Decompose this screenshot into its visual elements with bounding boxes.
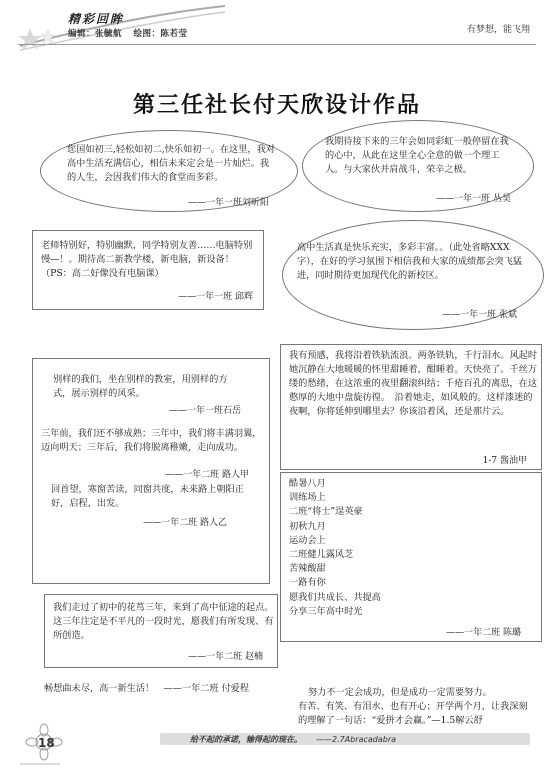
poem-line: 初秋九月 [289,520,381,534]
poem-line: 苦辣酸甜 [289,562,381,576]
credits: 编辑：张毓航 绘图：陈若莹 [68,27,196,39]
entry-liu-xinyang: 您国如初三,轻松如初二,快乐如初一。在这里，我对高中生活充满信心，相信未来定会是… [40,130,298,212]
entry-text: 老师特别好，特别幽默，同学特别友善……电脑特别慢—！。期待高二新教学楼，新电脑，… [41,239,259,281]
entry-text-shi-yue: 别样的我们，坐在别样的教室，用别样的方式，展示别样的风采。 [53,373,243,401]
illustrator-credit: 绘图：陈若莹 [133,29,187,39]
poem-line: 酷暑八月 [289,477,381,491]
entry-signature: ——一年一班石岳 [169,403,241,416]
entry-xie-yunshu: 努力不一定会成功，但是成功一定需要努力。 有苦、有笑、有泪水、也有开心；开学两个… [298,686,534,728]
entry-text: 高中生活真是快乐充实，多彩丰富。。（此处省略XXX字），在好的学习氛围下相信我和… [297,241,529,283]
page-title: 第三任社长付天欣设计作品 [0,88,554,119]
header-slogan: 有梦想，能飞翔 [467,22,530,35]
entry-signature: ——一年二班 赵楠 [188,649,263,662]
entry-signature: ——一年二班 路人乙 [143,515,227,528]
poem-line: 愿我们共成长、共提高 [289,591,381,605]
entry-signature: 1-7 酱油甲 [483,453,527,466]
poem-lines: 酷暑八月 训练场上 二班“将士”逞英豪 初秋九月 运动会上 二班健儿露风芝 苦辣… [289,477,381,619]
entry-signature: ——一年二班 路人甲 [165,467,249,480]
entry-cong-hao: 我期待接下来的三年会如同彩虹一般停留在我的心中，从此在这里全心全意的做一个理工人… [302,120,534,212]
page-number-badge: 18 [16,720,64,768]
entry-signature: ——一年一班 丛昊 [436,191,511,204]
poem-line: 一路有你 [289,576,381,590]
entry-chen-lu-poem: 酷暑八月 训练场上 二班“将士”逞英豪 初秋九月 运动会上 二班健儿露风芝 苦辣… [280,472,542,642]
entry-fu-aicheng: 畅想曲未尽，高一新生活！ ——一年二班 付爱程 [44,680,284,694]
entry-zhao-nan: 我们走过了初中的花茑三年，来到了高中征途的起点。这三年注定是不平凡的一段时光，愿… [44,594,278,668]
page-number: 18 [38,736,55,750]
header-divider [18,44,536,45]
poem-line: 二班健儿露风芝 [289,548,381,562]
entry-signature: ——一年一班刘昕阳 [188,195,269,208]
entry-text-lurenjia: 三年前，我们还不够成熟；三年中，我们将丰满羽翼，迈向明天；三年后，我们将脱离稚嫩… [41,427,267,455]
entry-text: 我期待接下来的三年会如同彩虹一般停留在我的心中，从此在这里全心全意的做一个理工人… [325,135,515,177]
entry-text-lurenyi: 回首望，寒窗苦读，同窗共度，未来路上朝阳正好，启程，出发。 [51,483,251,511]
entry-qiu-hui: 老师特别好，特别幽默，同学特别友善……电脑特别慢—！。期待高二新教学楼，新电脑，… [32,230,264,310]
poem-line: 运动会上 [289,534,381,548]
column-title: 精彩回眸 [68,10,124,27]
entry-jiangyoujia: 我有预感，我将沿着铁轨流浪。两条铁轨，千行泪水。风起时她沉静在大地暖暖的怀里甜睡… [280,344,542,470]
entry-text: 您国如初三,轻松如初二,快乐如初一。在这里，我对高中生活充满信心，相信未来定会是… [67,143,277,185]
motto-source: ——2.7Abracadabra [316,735,396,744]
editor-credit: 编辑：张毓航 [68,29,122,39]
entry-text-line-2: 有苦、有笑、有泪水、也有开心；开学两个月，让我深刻的理解了一句话：“爱拼才会赢。… [298,700,534,728]
entry-text-line-1: 努力不一定会成功，但是成功一定需要努力。 [298,686,534,700]
motto-text: 给不起的承诺，输得起的现在。 [190,735,302,744]
poem-line: 分享三年高中时光 [289,605,381,619]
entry-group-class-1-2: 别样的我们，坐在别样的教室，用别样的方式，展示别样的风采。 ——一年一班石岳 三… [32,358,270,584]
entry-zhang-bin: 高中生活真是快乐充实，多彩丰富。。（此处省略XXX字），在好的学习氛围下相信我和… [282,220,544,330]
entry-signature: ——一年一班 邱辉 [178,289,253,302]
poem-line: 训练场上 [289,491,381,505]
footer-motto: 给不起的承诺，输得起的现在。——2.7Abracadabra [190,734,396,745]
entry-text: 我有预感，我将沿着铁轨流浪。两条铁轨，千行泪水。风起时她沉静在大地暖暖的怀里甜睡… [289,349,539,419]
entry-text: 我们走过了初中的花茑三年，来到了高中征途的起点。这三年注定是不平凡的一段时光，愿… [53,601,275,643]
poem-line: 二班“将士”逞英豪 [289,505,381,519]
entry-signature: ——一年二班 陈璐 [446,625,521,638]
entry-signature: ——一年一班 张斌 [442,307,517,320]
